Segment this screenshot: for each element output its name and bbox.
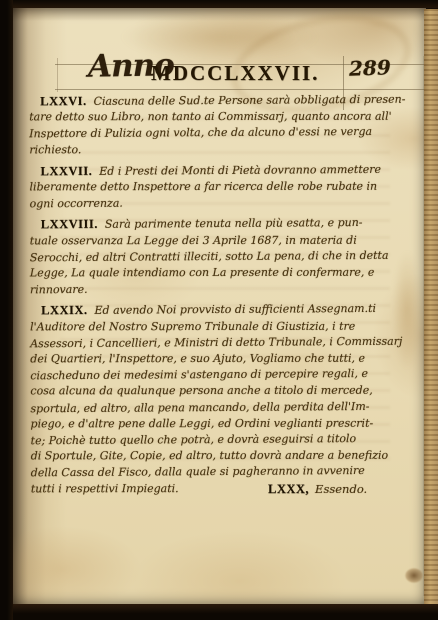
- manuscript-line: LXXVI.Ciascuna delle Sud.te Persone sarà…: [29, 91, 403, 111]
- manuscript-line-text: tutti i respettivi Impiegati.: [31, 482, 179, 495]
- manuscript-line-text: tuale osservanza La Legge dei 3 Aprile 1…: [30, 233, 357, 247]
- paragraph-number-label: LXXVI.: [40, 94, 87, 108]
- manuscript-line-text: di Sportule, Gite, Copie, ed altro, tutt…: [31, 449, 388, 463]
- manuscript-line: cosa alcuna da qualunque persona anche a…: [30, 383, 404, 400]
- scan-edge-top: [0, 0, 438, 8]
- manuscript-line-text: richiesto.: [29, 143, 81, 156]
- manuscript-line-text: Sarà parimente tenuta nella più esatta, …: [105, 216, 363, 231]
- manuscript-line: piego, e d'altre pene dalle Leggi, ed Or…: [31, 416, 405, 433]
- manuscript-scan: Anno MDCCLXXVII. 289 LXXVI.Ciascuna dell…: [0, 0, 438, 620]
- manuscript-line-text: ciascheduno dei medesimi s'astengano di …: [30, 367, 368, 382]
- manuscript-line: rinnovare.: [30, 280, 404, 299]
- manuscript-line-text: sportula, ed altro, alla pena mancando, …: [30, 400, 369, 415]
- manuscript-line-text: Inspettore di Pulizia ogni volta, che da…: [29, 125, 372, 140]
- manuscript-line-text: Ciascuna delle Sud.te Persone sarà obbli…: [94, 93, 406, 108]
- paragraph-number-label: LXXIX.: [41, 303, 88, 317]
- manuscript-line-text: dei Quartieri, l'Inspettore, e suo Ajuto…: [30, 352, 365, 366]
- manuscript-line: Legge, La quale intendiamo con La presen…: [30, 265, 404, 282]
- catchword: LXXX,Essendo.: [268, 482, 367, 497]
- manuscript-line-text: Ed avendo Noi provvisto di sufficienti A…: [94, 302, 376, 317]
- manuscript-line: Assessori, i Cancellieri, e Ministri di …: [30, 334, 404, 353]
- manuscript-line-text: liberamente detto Inspettore a far ricer…: [30, 180, 378, 194]
- manuscript-line-text: ogni occorrenza.: [30, 197, 123, 211]
- book-fore-edge: [424, 9, 438, 607]
- manuscript-line: ogni occorrenza.: [30, 194, 404, 213]
- manuscript-line: Serocchi, ed altri Contratti illeciti, s…: [30, 248, 404, 267]
- manuscript-line: LXXVIII.Sarà parimente tenuta nella più …: [30, 214, 404, 234]
- paragraph-number-label: LXXVII.: [40, 164, 92, 178]
- manuscript-line-text: rinnovare.: [30, 283, 88, 296]
- manuscript-line-text: della Cassa del Fisco, dalla quale si pa…: [31, 464, 365, 479]
- manuscript-line-text: Serocchi, ed altri Contratti illeciti, s…: [30, 249, 389, 265]
- manuscript-line: te; Poichè tutto quello che potrà, e dov…: [31, 431, 405, 450]
- manuscript-line: liberamente detto Inspettore a far ricer…: [30, 179, 404, 196]
- manuscript-line: l'Auditore del Nostro Supremo Tribunale …: [30, 318, 404, 335]
- paragraph: LXXIX.Ed avendo Noi provvisto di suffici…: [30, 301, 405, 498]
- manuscript-line: LXXVII.Ed i Presti dei Monti di Pietà do…: [29, 161, 403, 181]
- catchword-word: Essendo.: [315, 482, 367, 496]
- left-margin-rule: [57, 58, 58, 92]
- paragraph: LXXVI.Ciascuna delle Sud.te Persone sarà…: [29, 91, 403, 158]
- folio-number: 289: [349, 55, 392, 80]
- manuscript-line-text: piego, e d'altre pene dalle Leggi, ed Or…: [31, 417, 374, 431]
- manuscript-line: dei Quartieri, l'Inspettore, e suo Ajuto…: [30, 351, 404, 368]
- manuscript-line: sportula, ed altro, alla pena mancando, …: [30, 398, 404, 417]
- manuscript-line: LXXIX.Ed avendo Noi provvisto di suffici…: [30, 300, 404, 320]
- header-rule-bottom: [55, 89, 425, 90]
- paragraph-number-label: LXXVIII.: [41, 217, 98, 231]
- manuscript-line-text: cosa alcuna da qualunque persona anche a…: [30, 384, 372, 398]
- manuscript-line: della Cassa del Fisco, dalla quale si pa…: [31, 463, 405, 482]
- manuscript-line: richiesto.: [29, 141, 403, 158]
- manuscript-line-text: l'Auditore del Nostro Supremo Tribunale …: [30, 319, 355, 333]
- manuscript-line-text: Legge, La quale intendiamo con La presen…: [30, 266, 375, 280]
- paragraphs: LXXVI.Ciascuna delle Sud.te Persone sarà…: [29, 91, 405, 502]
- paragraph: LXXVIII.Sarà parimente tenuta nella più …: [30, 215, 404, 299]
- scan-edge-bottom: [0, 604, 438, 620]
- manuscript-line: Inspettore di Pulizia ogni volta, che da…: [29, 124, 403, 143]
- manuscript-line-text: Assessori, i Cancellieri, e Ministri di …: [30, 335, 402, 351]
- manuscript-line: tuale osservanza La Legge dei 3 Aprile 1…: [30, 232, 404, 249]
- manuscript-line-text: Ed i Presti dei Monti di Pietà dovranno …: [99, 163, 381, 178]
- paragraph: LXXVII.Ed i Presti dei Monti di Pietà do…: [29, 161, 403, 212]
- catchword-paragraph-number: LXXX,: [268, 482, 309, 496]
- manuscript-line-text: tare detto suo Libro, non tanto ai Commi…: [29, 110, 391, 124]
- manuscript-line-text: te; Poichè tutto quello che potrà, e dov…: [31, 432, 357, 447]
- header-year-roman: MDCCLXXVII.: [151, 61, 319, 86]
- book-gutter-edge: [0, 0, 13, 620]
